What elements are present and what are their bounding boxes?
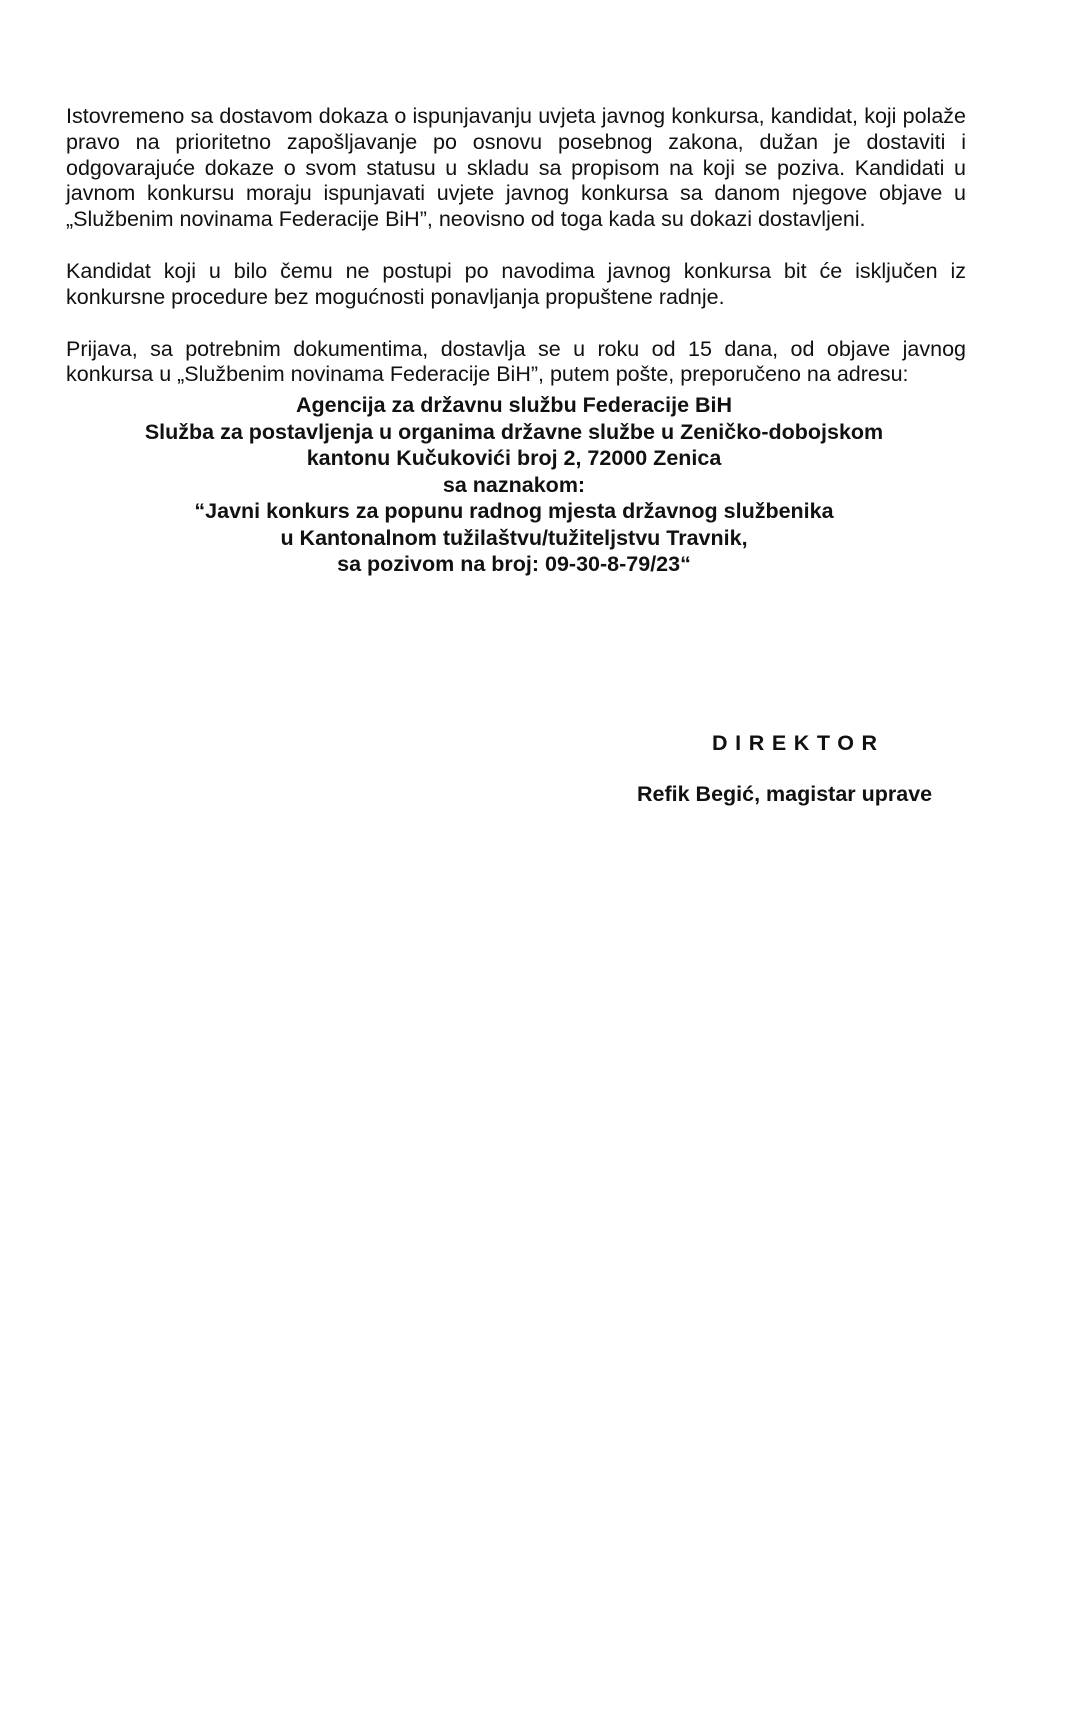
signature-title: DIREKTOR: [712, 731, 885, 756]
address-line: Agencija za državnu službu Federacije Bi…: [64, 392, 964, 419]
paragraph-application-submission: Prijava, sa potrebnim dokumentima, dosta…: [66, 337, 966, 389]
address-line: “Javni konkurs za popunu radnog mjesta d…: [64, 498, 964, 525]
signature-name: Refik Begić, magistar uprave: [637, 782, 932, 807]
paragraph-evidence-status: Istovremeno sa dostavom dokaza o ispunja…: [66, 104, 966, 233]
address-line: sa pozivom na broj: 09-30-8-79/23“: [64, 551, 964, 578]
address-line: kantonu Kučukovići broj 2, 72000 Zenica: [64, 445, 964, 472]
address-line: sa naznakom:: [64, 472, 964, 499]
paragraph-exclusion: Kandidat koji u bilo čemu ne postupi po …: [66, 259, 966, 311]
mailing-address-block: Agencija za državnu službu Federacije Bi…: [64, 392, 964, 578]
address-line: Služba za postavljenja u organima državn…: [64, 419, 964, 446]
document-page: Istovremeno sa dostavom dokaza o ispunja…: [66, 104, 966, 578]
address-line: u Kantonalnom tužilaštvu/tužiteljstvu Tr…: [64, 525, 964, 552]
